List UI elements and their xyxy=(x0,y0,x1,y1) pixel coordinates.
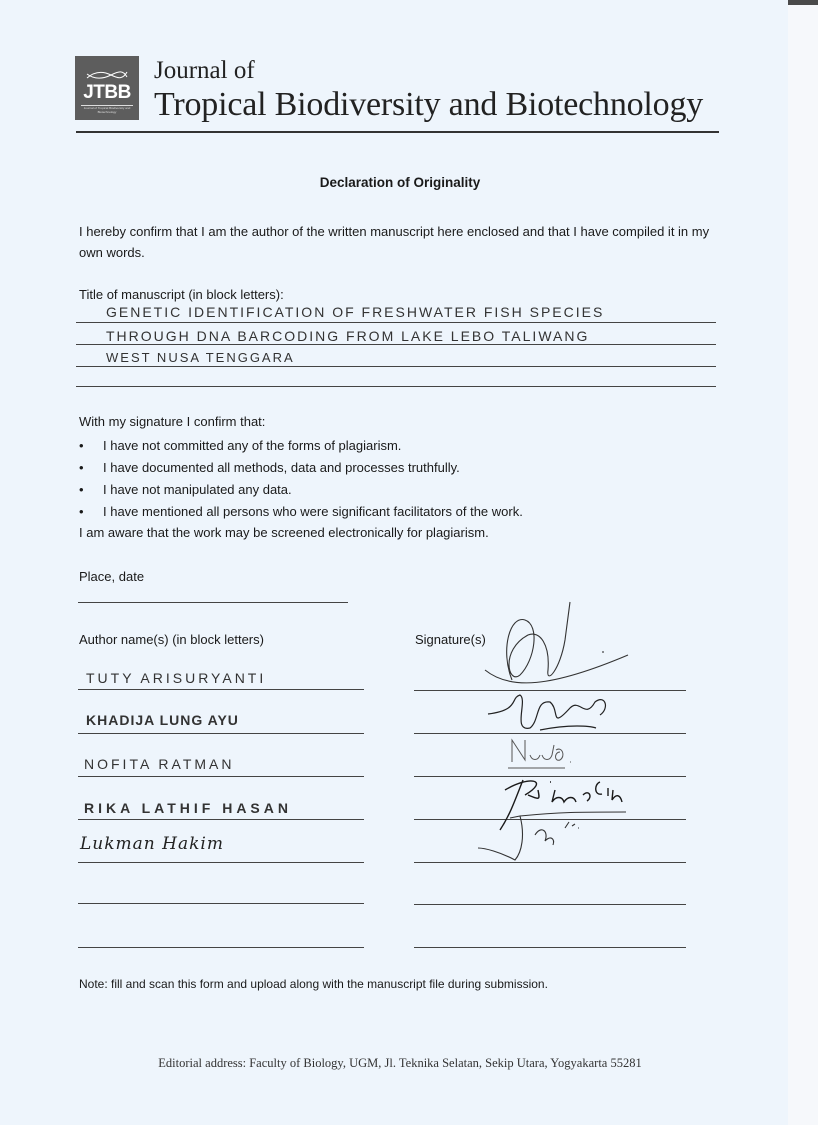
editorial-address: Editorial address: Faculty of Biology, U… xyxy=(0,1056,800,1071)
signature-4 xyxy=(500,780,622,830)
confirm-item: I have not committed any of the forms of… xyxy=(79,435,523,457)
scan-edge xyxy=(788,0,818,1125)
signature-rule xyxy=(414,947,686,948)
author-rule xyxy=(78,819,364,820)
title-rule xyxy=(76,322,716,323)
author-rule xyxy=(78,947,364,948)
journal-name: Tropical Biodiversity and Biotechnology xyxy=(154,86,703,124)
manuscript-title-line-2[interactable]: THROUGH DNA BARCODING FROM LAKE LEBO TAL… xyxy=(106,328,589,344)
confirm-list: I have not committed any of the forms of… xyxy=(79,435,523,523)
confirm-item: I have not manipulated any data. xyxy=(79,479,523,501)
signature-3 xyxy=(508,740,571,768)
author-rule xyxy=(78,776,364,777)
confirm-item: I have mentioned all persons who were si… xyxy=(79,501,523,523)
form-title: Declaration of Originality xyxy=(0,175,800,190)
dna-helix-icon xyxy=(85,69,129,81)
header-rule xyxy=(76,131,719,133)
author-name-2[interactable]: KHADIJA LUNG AYU xyxy=(86,712,239,728)
place-date-label: Place, date xyxy=(79,569,144,584)
author-name-5[interactable]: Lukman Hakim xyxy=(80,834,224,854)
journal-logo: JTBB Journal of Tropical Biodiversity an… xyxy=(75,56,139,120)
signatures-drawing xyxy=(400,590,700,870)
author-rule xyxy=(78,733,364,734)
author-name-3[interactable]: NOFITA RATMAN xyxy=(84,756,234,772)
confirm-label: With my signature I confirm that: xyxy=(79,414,265,429)
title-rule xyxy=(76,366,716,367)
confirm-item: I have documented all methods, data and … xyxy=(79,457,523,479)
journal-of: Journal of xyxy=(154,57,255,85)
title-rule xyxy=(76,344,716,345)
intro-paragraph: I hereby confirm that I am the author of… xyxy=(79,221,729,263)
signature-5 xyxy=(478,812,626,860)
author-rule xyxy=(78,903,364,904)
scan-artifact xyxy=(788,0,818,5)
logo-subtext: Journal of Tropical Biodiversity and Bio… xyxy=(81,105,133,114)
manuscript-title-label: Title of manuscript (in block letters): xyxy=(79,287,284,302)
manuscript-title-line-3[interactable]: WEST NUSA TENGGARA xyxy=(106,350,295,365)
logo-text: JTBB xyxy=(83,83,131,103)
aware-text: I am aware that the work may be screened… xyxy=(79,525,489,540)
author-rule xyxy=(78,689,364,690)
title-rule xyxy=(76,386,716,387)
signature-rule xyxy=(414,904,686,905)
author-name-1[interactable]: TUTY ARISURYANTI xyxy=(86,670,266,686)
manuscript-title-line-1[interactable]: GENETIC IDENTIFICATION OF FRESHWATER FIS… xyxy=(106,304,604,320)
place-date-rule xyxy=(78,602,348,603)
author-rule xyxy=(78,862,364,863)
submission-note: Note: fill and scan this form and upload… xyxy=(79,977,548,991)
signature-1 xyxy=(485,602,628,683)
author-name-4[interactable]: RIKA LATHIF HASAN xyxy=(84,800,292,816)
author-names-label: Author name(s) (in block letters) xyxy=(79,632,264,647)
signature-2 xyxy=(488,695,605,730)
